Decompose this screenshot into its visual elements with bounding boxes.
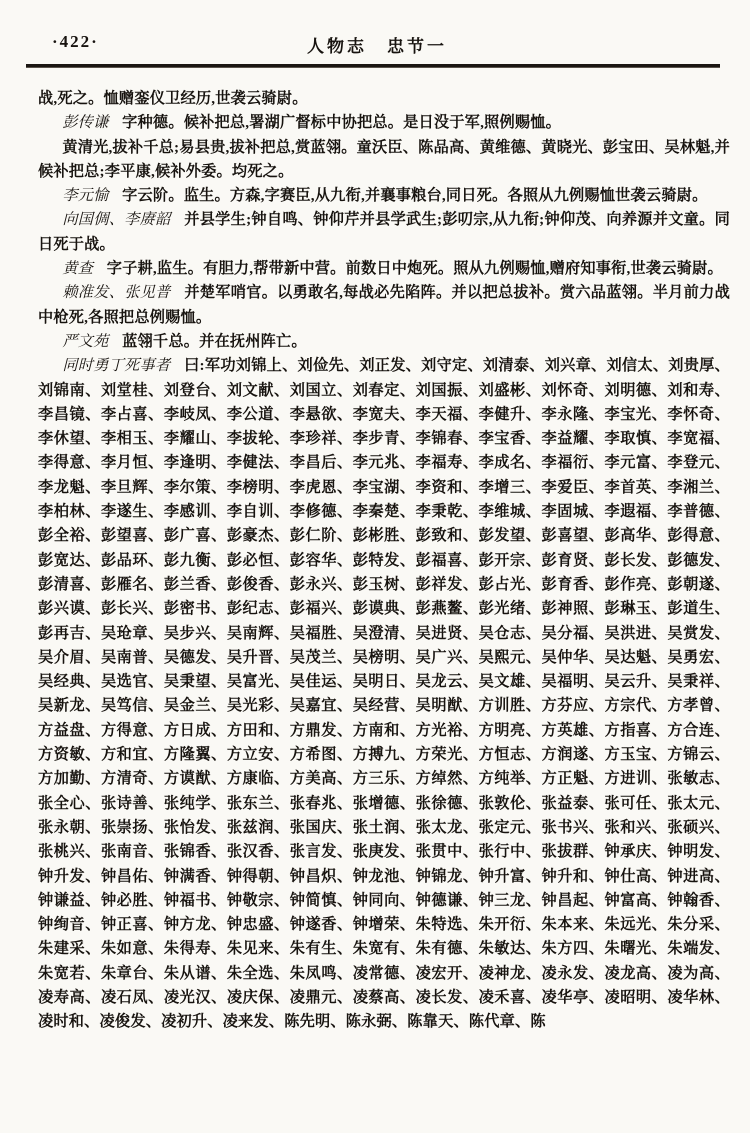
paragraph-text: 黄清光,拔补千总;易县贵,拔补把总,赏蓝翎。童沃臣、陈品高、黄维德、黄晓光、彭宝… [38, 139, 730, 180]
paragraph-text: 战,死之。恤赠銮仪卫经历,世袭云骑尉。 [38, 90, 308, 107]
paragraph: 黄清光,拔补千总;易县贵,拔补把总,赏蓝翎。童沃臣、陈品高、黄维德、黄晓光、彭宝… [38, 136, 730, 185]
entry-name-lead: 李元愉 [62, 187, 108, 204]
paragraph-text: 字子耕,监生。有胆力,帮带新中营。前数日中炮死。照从九例赐恤,赠府知事衔,世袭云… [107, 260, 723, 277]
scanned-book-page: ·422· 人物志 忠节一 战,死之。恤赠銮仪卫经历,世袭云骑尉。 彭传谦字种德… [0, 0, 750, 1133]
paragraph-text: 曰:军功刘锦上、刘俭先、刘正发、刘守定、刘清泰、刘兴章、刘信太、刘贵厚、刘锦南、… [38, 357, 730, 1030]
paragraph: 严文苑蓝翎千总。并在抚州阵亡。 [38, 330, 730, 354]
paragraph: 战,死之。恤赠銮仪卫经历,世袭云骑尉。 [38, 87, 730, 111]
entry-name-lead: 向国倜、李赓韶 [62, 211, 170, 228]
paragraph-text: 字云阶。监生。方森,字赛臣,从九衔,并襄事粮台,同日死。各照从九例赐恤世袭云骑尉… [122, 187, 707, 204]
entry-name-lead: 彭传谦 [62, 114, 108, 131]
page-header: ·422· 人物志 忠节一 [38, 30, 716, 60]
entry-name-lead: 严文苑 [62, 333, 108, 350]
entry-name-lead: 黄查 [62, 260, 93, 277]
paragraph: 李元愉字云阶。监生。方森,字赛臣,从九衔,并襄事粮台,同日死。各照从九例赐恤世袭… [38, 184, 730, 208]
paragraph-text: 蓝翎千总。并在抚州阵亡。 [122, 333, 307, 350]
paragraph: 向国倜、李赓韶并县学生;钟自鸣、钟仰芹并县学武生;彭叨宗,从九衔;钟仰茂、向养源… [38, 208, 730, 257]
entry-name-lead: 同时勇丁死事者 [62, 357, 170, 374]
entry-name-lead: 赖准发、张见普 [62, 284, 170, 301]
header-rule [26, 64, 720, 68]
paragraph: 同时勇丁死事者曰:军功刘锦上、刘俭先、刘正发、刘守定、刘清泰、刘兴章、刘信太、刘… [38, 354, 730, 1034]
page-body: 战,死之。恤赠銮仪卫经历,世袭云骑尉。 彭传谦字种德。候补把总,署湖广督标中协把… [38, 87, 730, 1035]
paragraph: 黄查字子耕,监生。有胆力,帮带新中营。前数日中炮死。照从九例赐恤,赠府知事衔,世… [38, 257, 730, 281]
paragraph-text: 字种德。候补把总,署湖广督标中协把总。是日没于军,照例赐恤。 [122, 114, 561, 131]
paragraph: 彭传谦字种德。候补把总,署湖广督标中协把总。是日没于军,照例赐恤。 [38, 111, 730, 135]
page-title: 人物志 忠节一 [38, 32, 716, 57]
paragraph: 赖准发、张见普并楚军哨官。以勇敢名,每战必先陷阵。并以把总拔补。赏六品蓝翎。半月… [38, 281, 730, 330]
